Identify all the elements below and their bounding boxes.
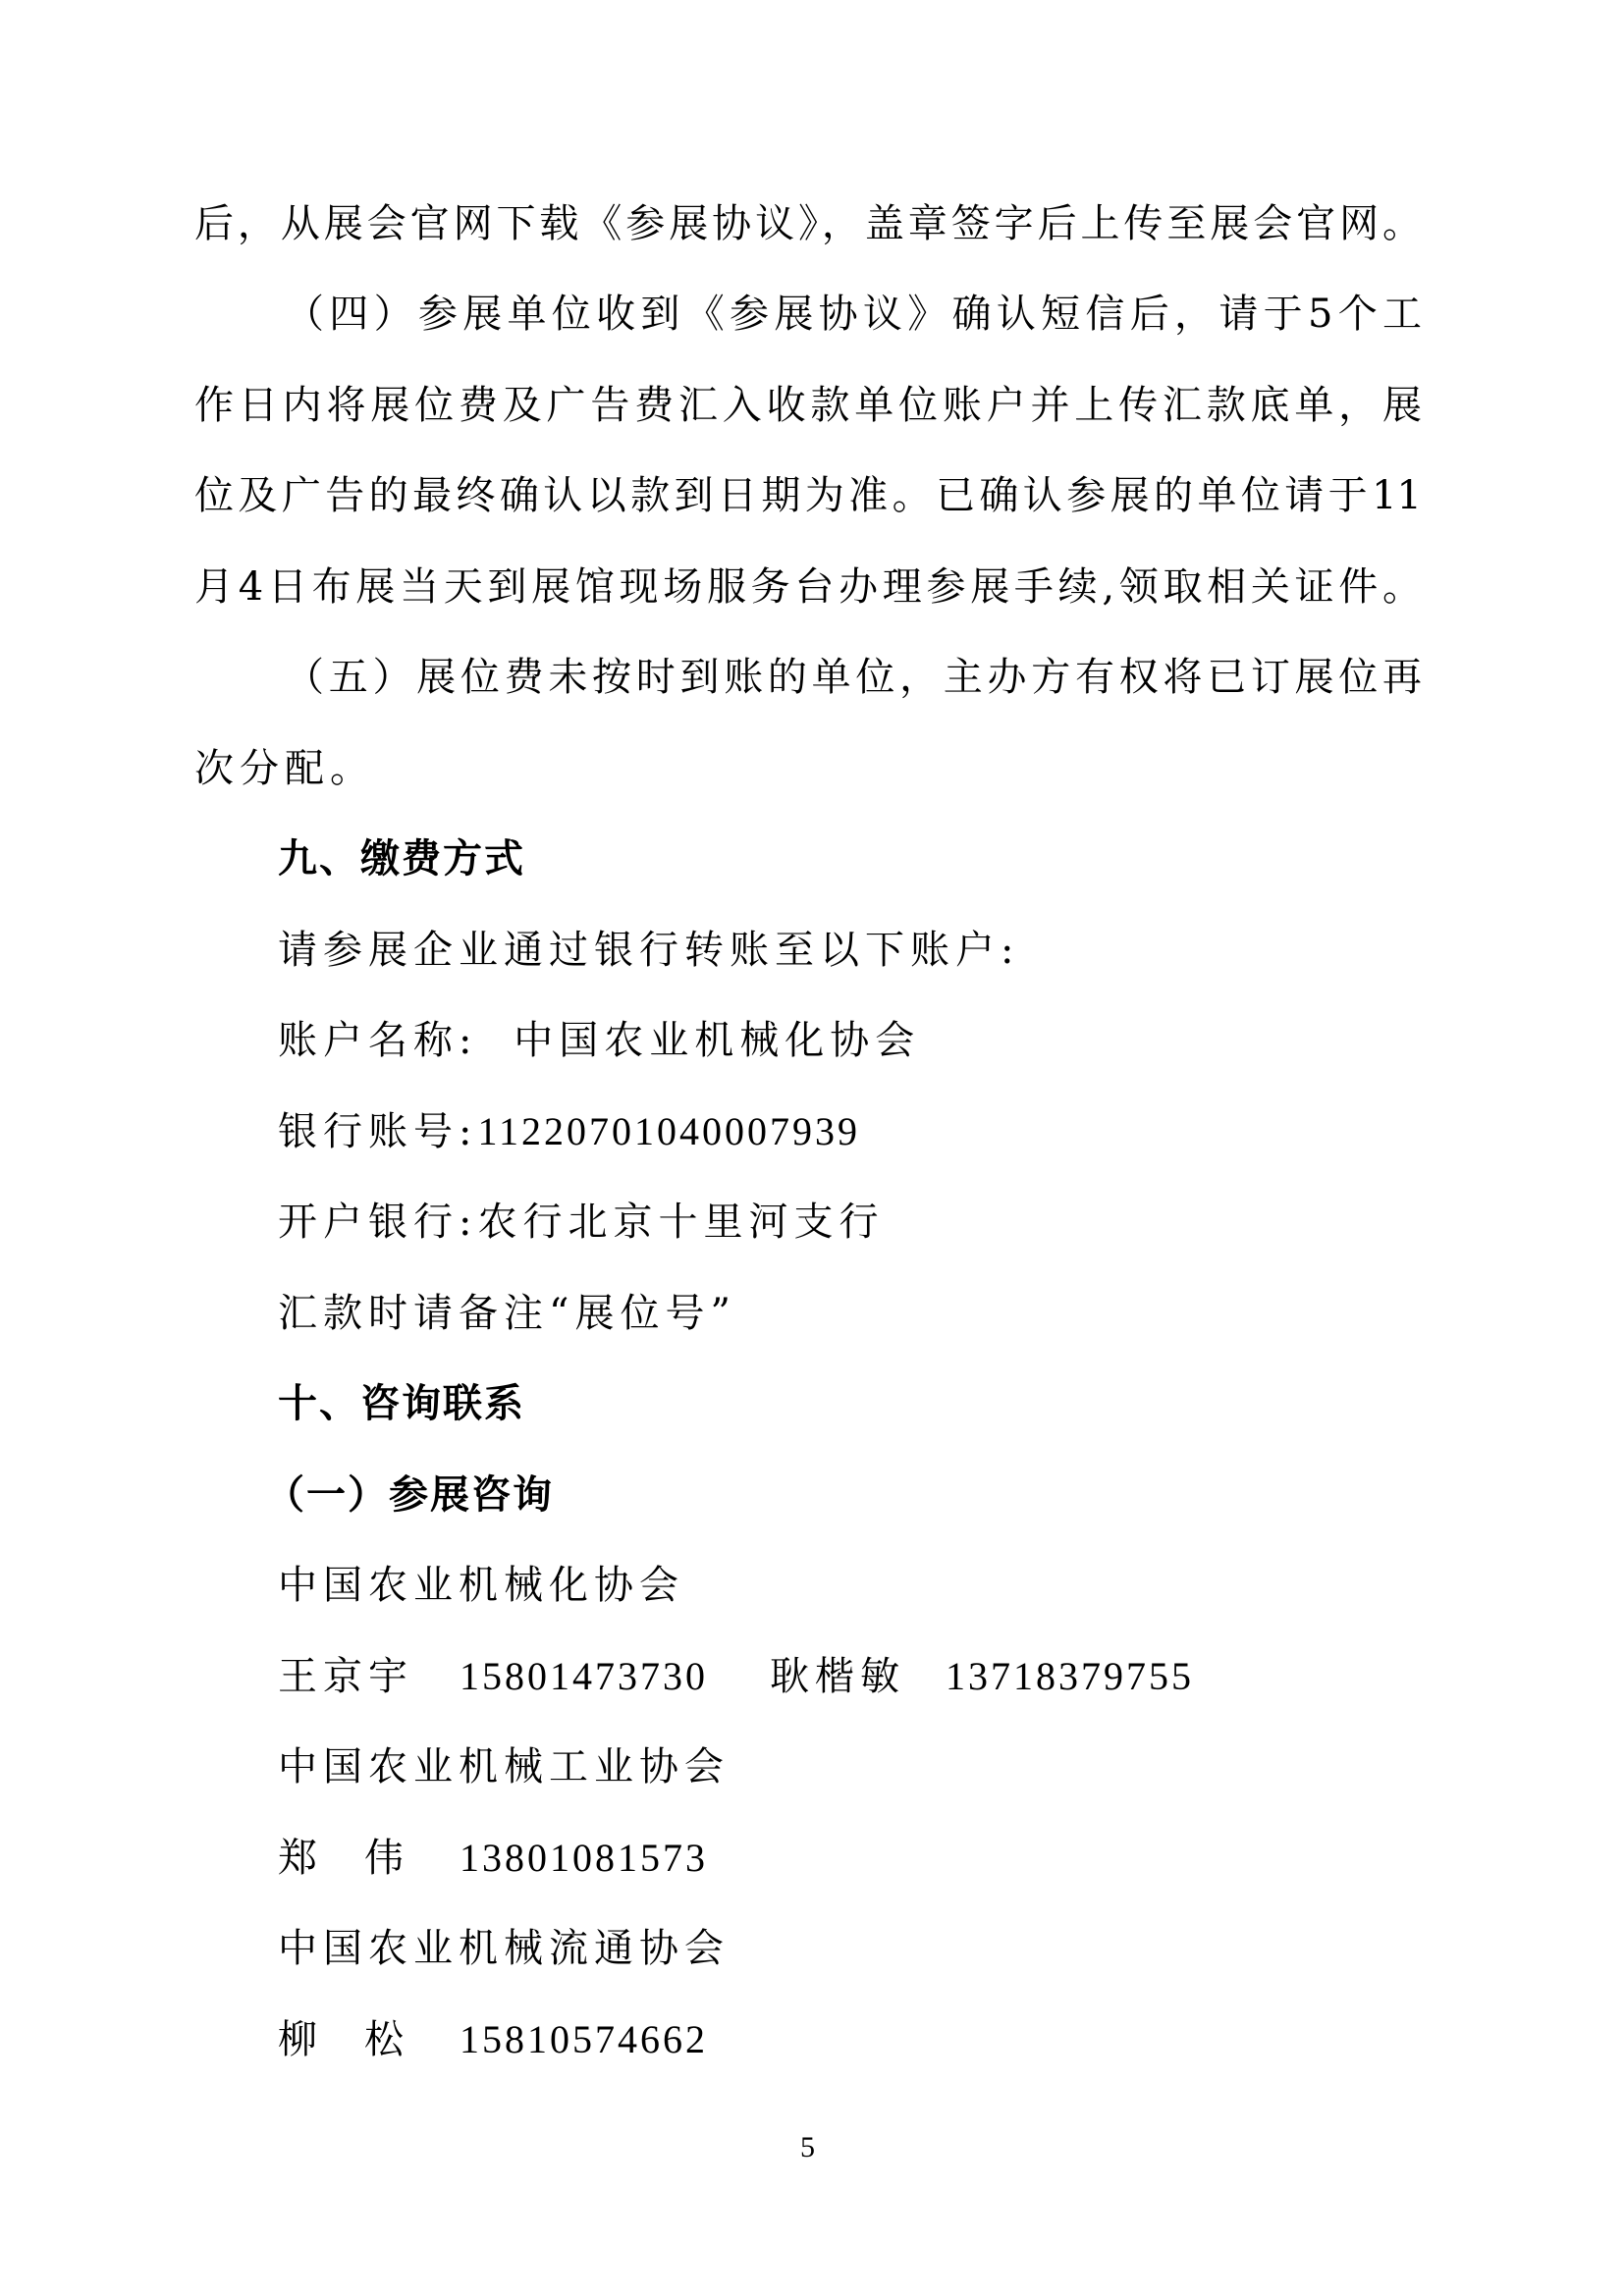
account-name-label: 账户名称:	[278, 1018, 477, 1063]
contact-row-1: 王京宇 15801473730 耿楷敏 13718379755	[278, 1647, 1422, 1706]
account-number-label: 银行账号:	[278, 1109, 477, 1154]
account-number-row: 银行账号:11220701040007939	[278, 1102, 1422, 1161]
bank-row: 开户银行:农行北京十里河支行	[278, 1193, 1422, 1252]
contact-phone: 13801081573	[460, 1829, 708, 1888]
contact-name-first: 郑	[278, 1829, 323, 1888]
paragraph-4-line-3: 位及广告的最终确认以款到日期为准。已确认参展的单位请于11	[194, 466, 1422, 525]
account-name-row: 账户名称: 中国农业机械化协会	[278, 1011, 1422, 1070]
paragraph-4-line-2: 作日内将展位费及广告费汇入收款单位账户并上传汇款底单，展	[194, 376, 1422, 435]
contact-name-second: 伟	[364, 1829, 409, 1888]
subheading-exhibition-inquiry: （一）参展咨询	[265, 1466, 1492, 1524]
contact-row-3: 柳 松 15810574662	[278, 2010, 1422, 2069]
contact-phone: 15801473730	[460, 1647, 708, 1706]
org-name-2: 中国农业机械工业协会	[278, 1737, 1422, 1796]
contact-name-first: 柳	[278, 2010, 323, 2069]
account-number-value: 11220701040007939	[477, 1109, 860, 1153]
org-name-3: 中国农业机械流通协会	[278, 1919, 1422, 1978]
contact-phone: 13718379755	[946, 1647, 1194, 1706]
paragraph-3-tail: 后，从展会官网下载《参展协议》，盖章签字后上传至展会官网。	[194, 194, 1422, 253]
contact-row-2: 郑 伟 13801081573	[278, 1829, 1422, 1888]
org-name-1: 中国农业机械化协会	[278, 1556, 1422, 1615]
bank-label: 开户银行:	[278, 1200, 477, 1245]
remittance-remark: 汇款时请备注“展位号”	[278, 1284, 1422, 1343]
paragraph-4-line-1: （四）参展单位收到《参展协议》确认短信后，请于5个工	[285, 285, 1422, 344]
account-name-value: 中国农业机械化协会	[514, 1018, 920, 1063]
paragraph-4-line-4: 月4日布展当天到展馆现场服务台办理参展手续,领取相关证件。	[194, 558, 1422, 616]
section-heading-payment: 九、缴费方式	[278, 829, 1422, 888]
paragraph-5-line-1: （五）展位费未按时到账的单位，主办方有权将已订展位再	[285, 648, 1422, 707]
document-page: 后，从展会官网下载《参展协议》，盖章签字后上传至展会官网。 （四）参展单位收到《…	[0, 0, 1624, 2296]
payment-intro: 请参展企业通过银行转账至以下账户:	[278, 921, 1422, 980]
paragraph-5-line-2: 次分配。	[194, 739, 1422, 798]
contact-name: 耿楷敏	[770, 1647, 905, 1706]
contact-phone: 15810574662	[460, 2010, 708, 2069]
contact-name: 王京宇	[278, 1647, 413, 1706]
bank-value: 农行北京十里河支行	[477, 1200, 884, 1245]
page-number: 5	[800, 2128, 815, 2167]
contact-name-second: 松	[364, 2010, 409, 2069]
section-heading-contact: 十、咨询联系	[278, 1374, 1422, 1433]
